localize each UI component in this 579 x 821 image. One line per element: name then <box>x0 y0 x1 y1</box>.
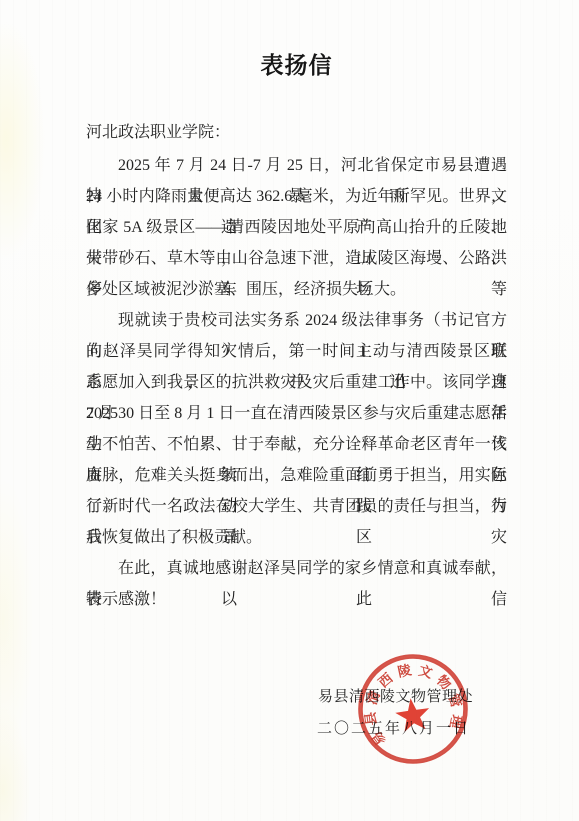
body-line: 7 月 30 日至 8 月 1 日一直在清西陵景区参与灾后重建志愿活动。该 <box>86 398 507 429</box>
official-seal: 易县清西陵文物管理处 <box>328 624 497 793</box>
body-line: 夹带砂石、草木等由山谷急速下泄，造成陵区海墁、公路、停车场等 <box>86 243 507 274</box>
body-line: 24 小时内降雨量便高达 362.6 毫米，为近年所罕见。世界文化遗产、 <box>86 181 507 212</box>
red-star-icon <box>394 696 432 733</box>
letter-title: 表扬信 <box>86 48 507 82</box>
body-line: 的赵泽昊同学得知灾情后，第一时间主动与清西陵景区联系，并迅速 <box>86 336 507 367</box>
body-line: 现就读于贵校司法实务系 2024 级法律事务（书记官方向）1 班 <box>86 305 507 336</box>
seal-ring-text: 易县清西陵文物管理处 <box>328 624 469 754</box>
body-line: 志愿加入到我景区的抗洪救灾及灾后重建工作中。该同学自 2025 年 <box>86 367 507 398</box>
body-line: 2025 年 7 月 24 日-7 月 25 日，河北省保定市易县遭遇特大暴雨， <box>86 150 507 181</box>
body-line: 了新时代一名政法在校大学生、共青团员的责任与担当，为我景区灾 <box>86 491 507 522</box>
recipient-line: 河北政法职业学院： <box>86 117 507 148</box>
body-line: 国家 5A 级景区——清西陵因地处平原向高山抬升的丘陵地带，山洪 <box>86 212 507 243</box>
letter-body: 2025 年 7 月 24 日-7 月 25 日，河北省保定市易县遭遇特大暴雨，… <box>86 150 507 615</box>
letter-page: 表扬信 河北政法职业学院： 2025 年 7 月 24 日-7 月 25 日，河… <box>0 0 579 821</box>
body-line: 生不怕苦、不怕累、甘于奉献，充分诠释革命老区青年一代赓续红色 <box>86 429 507 460</box>
body-line: 血脉，危难关头挺身而出，急难险重面前勇于担当，用实际行动践行 <box>86 460 507 491</box>
body-line: 在此，真诚地感谢赵泽昊同学的家乡情意和真诚奉献，特以此信 <box>86 553 507 584</box>
